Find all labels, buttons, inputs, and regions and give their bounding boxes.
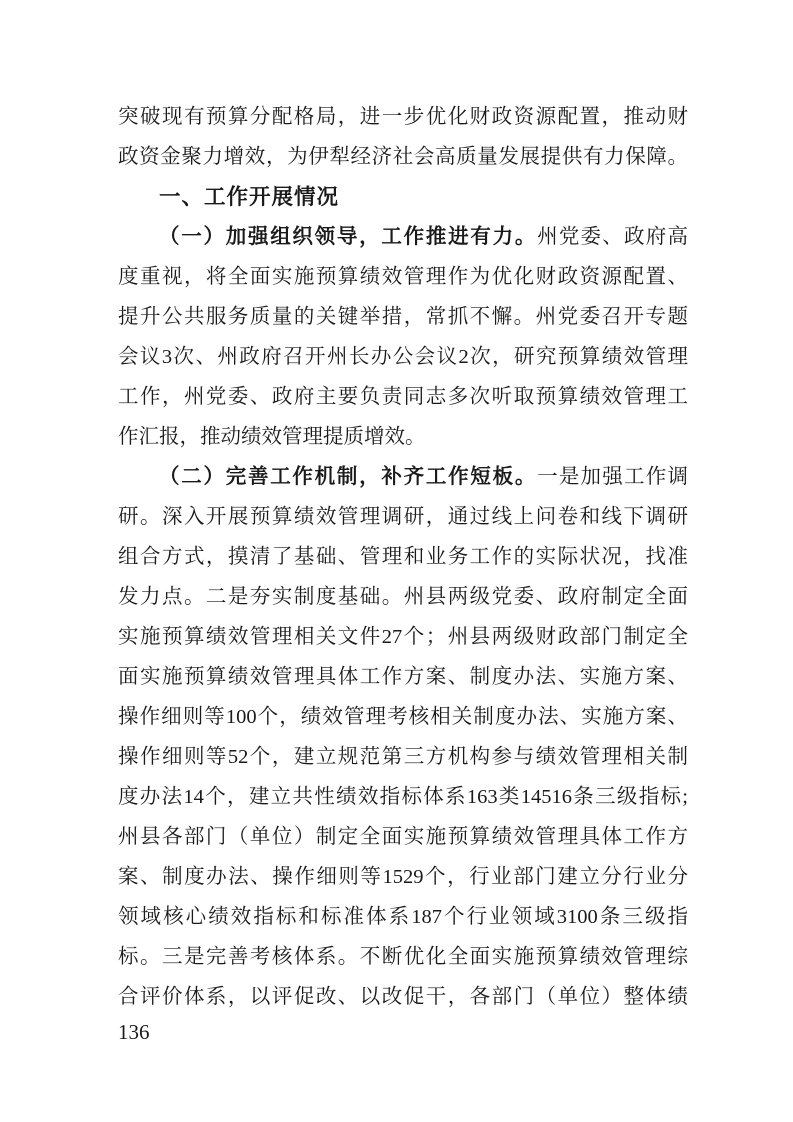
subsection-2-title: （二）完善工作机制，补齐工作短板。 bbox=[159, 466, 537, 488]
page-number: 136 bbox=[118, 1017, 688, 1047]
text-line: 州县各部门（单位）制定全面实施预算绩效管理具体工作方 bbox=[118, 817, 688, 857]
text-line: 度重视，将全面实施预算绩效管理作为优化财政资源配置、 bbox=[118, 257, 688, 297]
text-line: 标。三是完善考核体系。不断优化全面实施预算绩效管理综 bbox=[118, 937, 688, 977]
text-line: 提升公共服务质量的关键举措，常抓不懈。州党委召开专题 bbox=[118, 297, 688, 337]
text-line: 组合方式，摸清了基础、管理和业务工作的实际状况，找准 bbox=[118, 537, 688, 577]
text-line: 度办法14个，建立共性绩效指标体系163类14516条三级指标; bbox=[118, 777, 688, 817]
text-line: 政资金聚力增效，为伊犁经济社会高质量发展提供有力保障。 bbox=[118, 137, 688, 177]
text-line: （二）完善工作机制，补齐工作短板。一是加强工作调 bbox=[118, 457, 688, 497]
text-line: 作汇报，推动绩效管理提质增效。 bbox=[118, 417, 688, 457]
document-page: 突破现有预算分配格局，进一步优化财政资源配置，推动财 政资金聚力增效，为伊犁经济… bbox=[0, 0, 793, 1122]
text-line: 操作细则等52个，建立规范第三方机构参与绩效管理相关制 bbox=[118, 737, 688, 777]
text-line: 突破现有预算分配格局，进一步优化财政资源配置，推动财 bbox=[118, 97, 688, 137]
text-line: 操作细则等100个，绩效管理考核相关制度办法、实施方案、 bbox=[118, 697, 688, 737]
text-line: 工作，州党委、政府主要负责同志多次听取预算绩效管理工 bbox=[118, 377, 688, 417]
document-text: 突破现有预算分配格局，进一步优化财政资源配置，推动财 政资金聚力增效，为伊犁经济… bbox=[118, 97, 688, 1047]
text-line: 案、制度办法、操作细则等1529个，行业部门建立分行业分 bbox=[118, 857, 688, 897]
text-line: 实施预算绩效管理相关文件27个；州县两级财政部门制定全 bbox=[118, 617, 688, 657]
text-segment: 一是加强工作调 bbox=[537, 466, 688, 488]
text-line: 研。深入开展预算绩效管理调研，通过线上问卷和线下调研 bbox=[118, 497, 688, 537]
subsection-1-title: （一）加强组织领导，工作推进有力。 bbox=[159, 226, 537, 248]
text-segment: 州党委、政府高 bbox=[537, 226, 688, 248]
text-line: 领域核心绩效指标和标准体系187个行业领域3100条三级指 bbox=[118, 897, 688, 937]
text-line: 面实施预算绩效管理具体工作方案、制度办法、实施方案、 bbox=[118, 657, 688, 697]
text-line: 合评价体系，以评促改、以改促干，各部门（单位）整体绩 bbox=[118, 977, 688, 1017]
text-line: （一）加强组织领导，工作推进有力。州党委、政府高 bbox=[118, 217, 688, 257]
text-line: 发力点。二是夯实制度基础。州县两级党委、政府制定全面 bbox=[118, 577, 688, 617]
text-line: 会议3次、州政府召开州长办公会议2次，研究预算绩效管理 bbox=[118, 337, 688, 377]
section-heading: 一、工作开展情况 bbox=[118, 177, 688, 217]
